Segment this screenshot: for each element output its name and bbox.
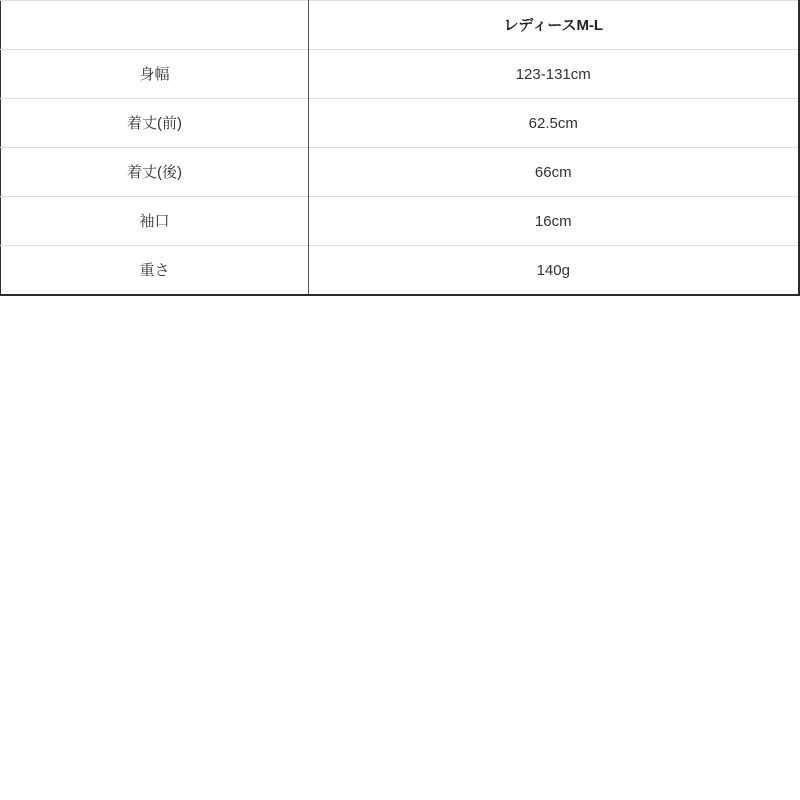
size-spec-table: レディースM-L 身幅123-131cm着丈(前)62.5cm着丈(後)66cm… [0,0,800,296]
spec-value-cell: 123-131cm [309,50,799,99]
size-column-header: レディースM-L [309,1,799,50]
spec-label-cell: 身幅 [1,50,309,99]
table-row: 身幅123-131cm [1,50,799,99]
table-row: 重さ140g [1,246,799,296]
spec-label-cell: 着丈(前) [1,99,309,148]
spec-value-cell: 16cm [309,197,799,246]
spec-value-cell: 66cm [309,148,799,197]
size-table-body: 身幅123-131cm着丈(前)62.5cm着丈(後)66cm袖口16cm重さ1… [1,50,799,296]
table-header-row: レディースM-L [1,1,799,50]
table-row: 着丈(後)66cm [1,148,799,197]
spec-label-cell: 重さ [1,246,309,296]
spec-label-cell: 着丈(後) [1,148,309,197]
spec-label-cell: 袖口 [1,197,309,246]
spec-value-cell: 140g [309,246,799,296]
size-label-header-cell [1,1,309,50]
page: レディースM-L 身幅123-131cm着丈(前)62.5cm着丈(後)66cm… [0,0,800,800]
table-row: 袖口16cm [1,197,799,246]
spec-value-cell: 62.5cm [309,99,799,148]
table-row: 着丈(前)62.5cm [1,99,799,148]
